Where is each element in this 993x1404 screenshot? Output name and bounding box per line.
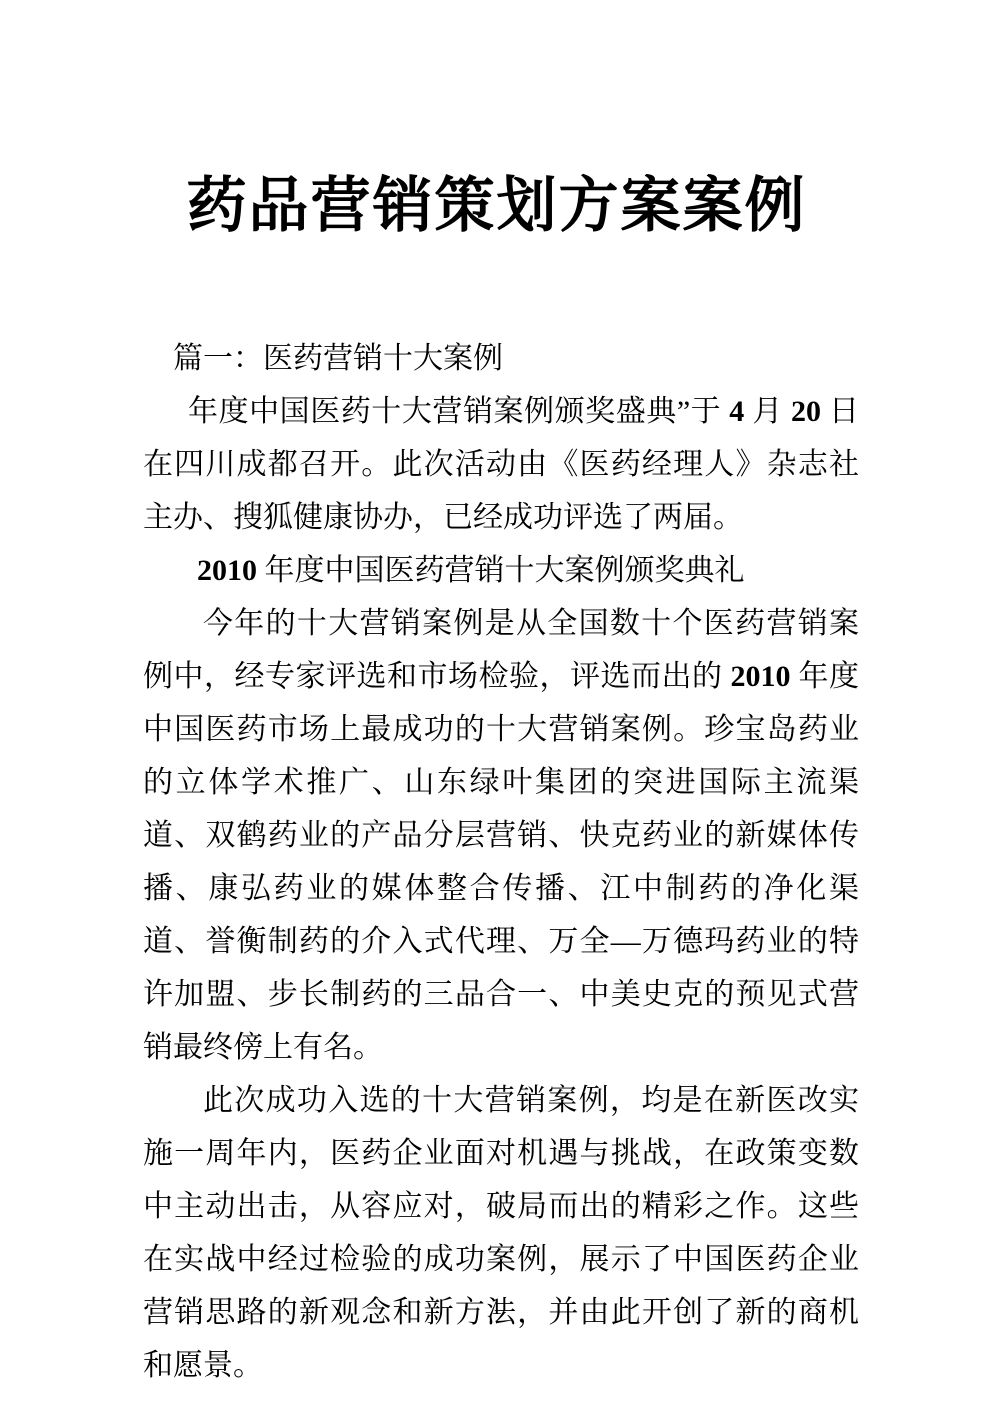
paragraph: 篇一：医药营销十大案例 bbox=[143, 332, 859, 385]
paragraph: 年度中国医药十大营销案例颁奖盛典”于 4 月 20 日在四川成都召开。此次活动由… bbox=[143, 385, 859, 544]
document-page: 药品营销策划方案案例 篇一：医药营销十大案例年度中国医药十大营销案例颁奖盛典”于… bbox=[0, 0, 993, 1404]
number-text: 2010 bbox=[197, 554, 257, 587]
paragraph: 此次成功入选的十大营销案例，均是在新医改实施一周年内，医药企业面对机遇与挑战，在… bbox=[143, 1074, 859, 1392]
number-text: 4 bbox=[729, 395, 744, 428]
number-text: 2010 bbox=[731, 660, 791, 693]
paragraph: 今年的十大营销案例是从全国数十个医药营销案例中，经专家评选和市场检验，评选而出的… bbox=[143, 597, 859, 1074]
document-title: 药品营销策划方案案例 bbox=[0, 0, 993, 244]
page-number: 1 bbox=[0, 1293, 993, 1321]
document-body: 篇一：医药营销十大案例年度中国医药十大营销案例颁奖盛典”于 4 月 20 日在四… bbox=[143, 332, 859, 1392]
paragraph: 2010 年度中国医药营销十大案例颁奖典礼 bbox=[143, 544, 859, 597]
number-text: 20 bbox=[791, 395, 821, 428]
